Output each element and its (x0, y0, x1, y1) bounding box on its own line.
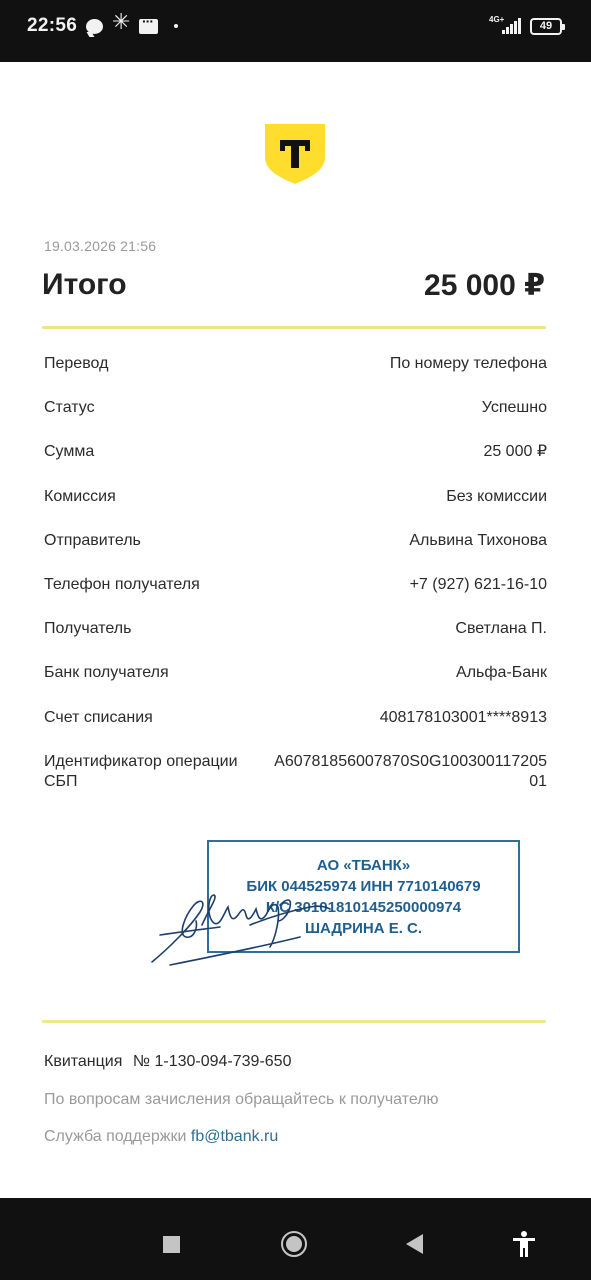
details-list: Перевод По номеру телефона Статус Успешн… (44, 354, 547, 792)
total-amount: 25 000 ₽ (424, 268, 545, 303)
receipt-number-label: Квитанция (44, 1053, 122, 1070)
support-info: Служба поддержки fb@tbank.ru (44, 1128, 278, 1146)
detail-label: Сумма (44, 442, 94, 486)
detail-label: Отправитель (44, 531, 141, 575)
message-icon (139, 19, 158, 34)
support-email-link[interactable]: fb@tbank.ru (191, 1128, 278, 1145)
signature-icon (150, 877, 340, 967)
detail-label: Банк получателя (44, 663, 169, 707)
detail-value: 25 000 ₽ (483, 442, 547, 486)
detail-label: Статус (44, 398, 95, 442)
back-icon[interactable] (406, 1234, 423, 1254)
home-icon[interactable] (281, 1231, 307, 1257)
signal-icon (500, 18, 520, 34)
detail-value: 408178103001****8913 (380, 708, 547, 752)
detail-row-sbp-operation-id: Идентификатор операции СБП A607818560078… (44, 752, 547, 792)
detail-value: По номеру телефона (390, 354, 547, 398)
navigation-bar (0, 1198, 591, 1280)
dot-icon (174, 24, 178, 28)
detail-label: Получатель (44, 619, 131, 663)
detail-row-recipient: Получатель Светлана П. (44, 619, 547, 663)
receipt-number-value: № 1-130-094-739-650 (133, 1053, 292, 1070)
accessibility-icon[interactable] (512, 1231, 536, 1257)
detail-value: Альфа-Банк (456, 663, 547, 707)
detail-row-recipient-phone: Телефон получателя +7 (927) 621-16-10 (44, 575, 547, 619)
receipt-datetime: 19.03.2026 21:56 (44, 238, 156, 254)
detail-label: Счет списания (44, 708, 153, 752)
support-label: Служба поддержки (44, 1128, 186, 1145)
receipt-number: Квитанция № 1-130-094-739-650 (44, 1053, 291, 1071)
detail-row-debit-account: Счет списания 408178103001****8913 (44, 708, 547, 752)
recent-apps-icon[interactable] (163, 1236, 180, 1253)
detail-label: Перевод (44, 354, 108, 398)
divider (42, 326, 546, 329)
tbank-logo-icon (264, 123, 326, 185)
detail-label: Телефон получателя (44, 575, 200, 619)
detail-value: Альвина Тихонова (409, 531, 547, 575)
detail-value: Светлана П. (455, 619, 547, 663)
receipt-page: 19.03.2026 21:56 Итого 25 000 ₽ Перевод … (0, 62, 591, 1198)
detail-label: Комиссия (44, 487, 116, 531)
recipient-note: По вопросам зачисления обращайтесь к пол… (44, 1091, 439, 1109)
detail-row-sender: Отправитель Альвина Тихонова (44, 531, 547, 575)
detail-value: Без комиссии (446, 487, 547, 531)
detail-row-fee: Комиссия Без комиссии (44, 487, 547, 531)
detail-row-status: Статус Успешно (44, 398, 547, 442)
stamp-bank-name: АО «ТБАНК» (209, 855, 518, 876)
detail-value: Успешно (482, 398, 547, 442)
chat-bubble-icon (86, 19, 103, 34)
detail-row-recipient-bank: Банк получателя Альфа-Банк (44, 663, 547, 707)
status-bar: 22:56 ✳ 4G+ 49 (0, 0, 591, 62)
detail-row-transfer-type: Перевод По номеру телефона (44, 354, 547, 398)
battery-icon: 49 (530, 18, 562, 35)
status-time: 22:56 (27, 15, 77, 37)
divider (42, 1020, 546, 1023)
sparkle-icon: ✳ (112, 11, 130, 33)
total-label: Итого (42, 268, 127, 302)
detail-label: Идентификатор операции СБП (44, 752, 268, 792)
detail-value: +7 (927) 621-16-10 (410, 575, 547, 619)
detail-value: A60781856007870S0G10030011720501 (268, 752, 547, 792)
detail-row-amount: Сумма 25 000 ₽ (44, 442, 547, 486)
